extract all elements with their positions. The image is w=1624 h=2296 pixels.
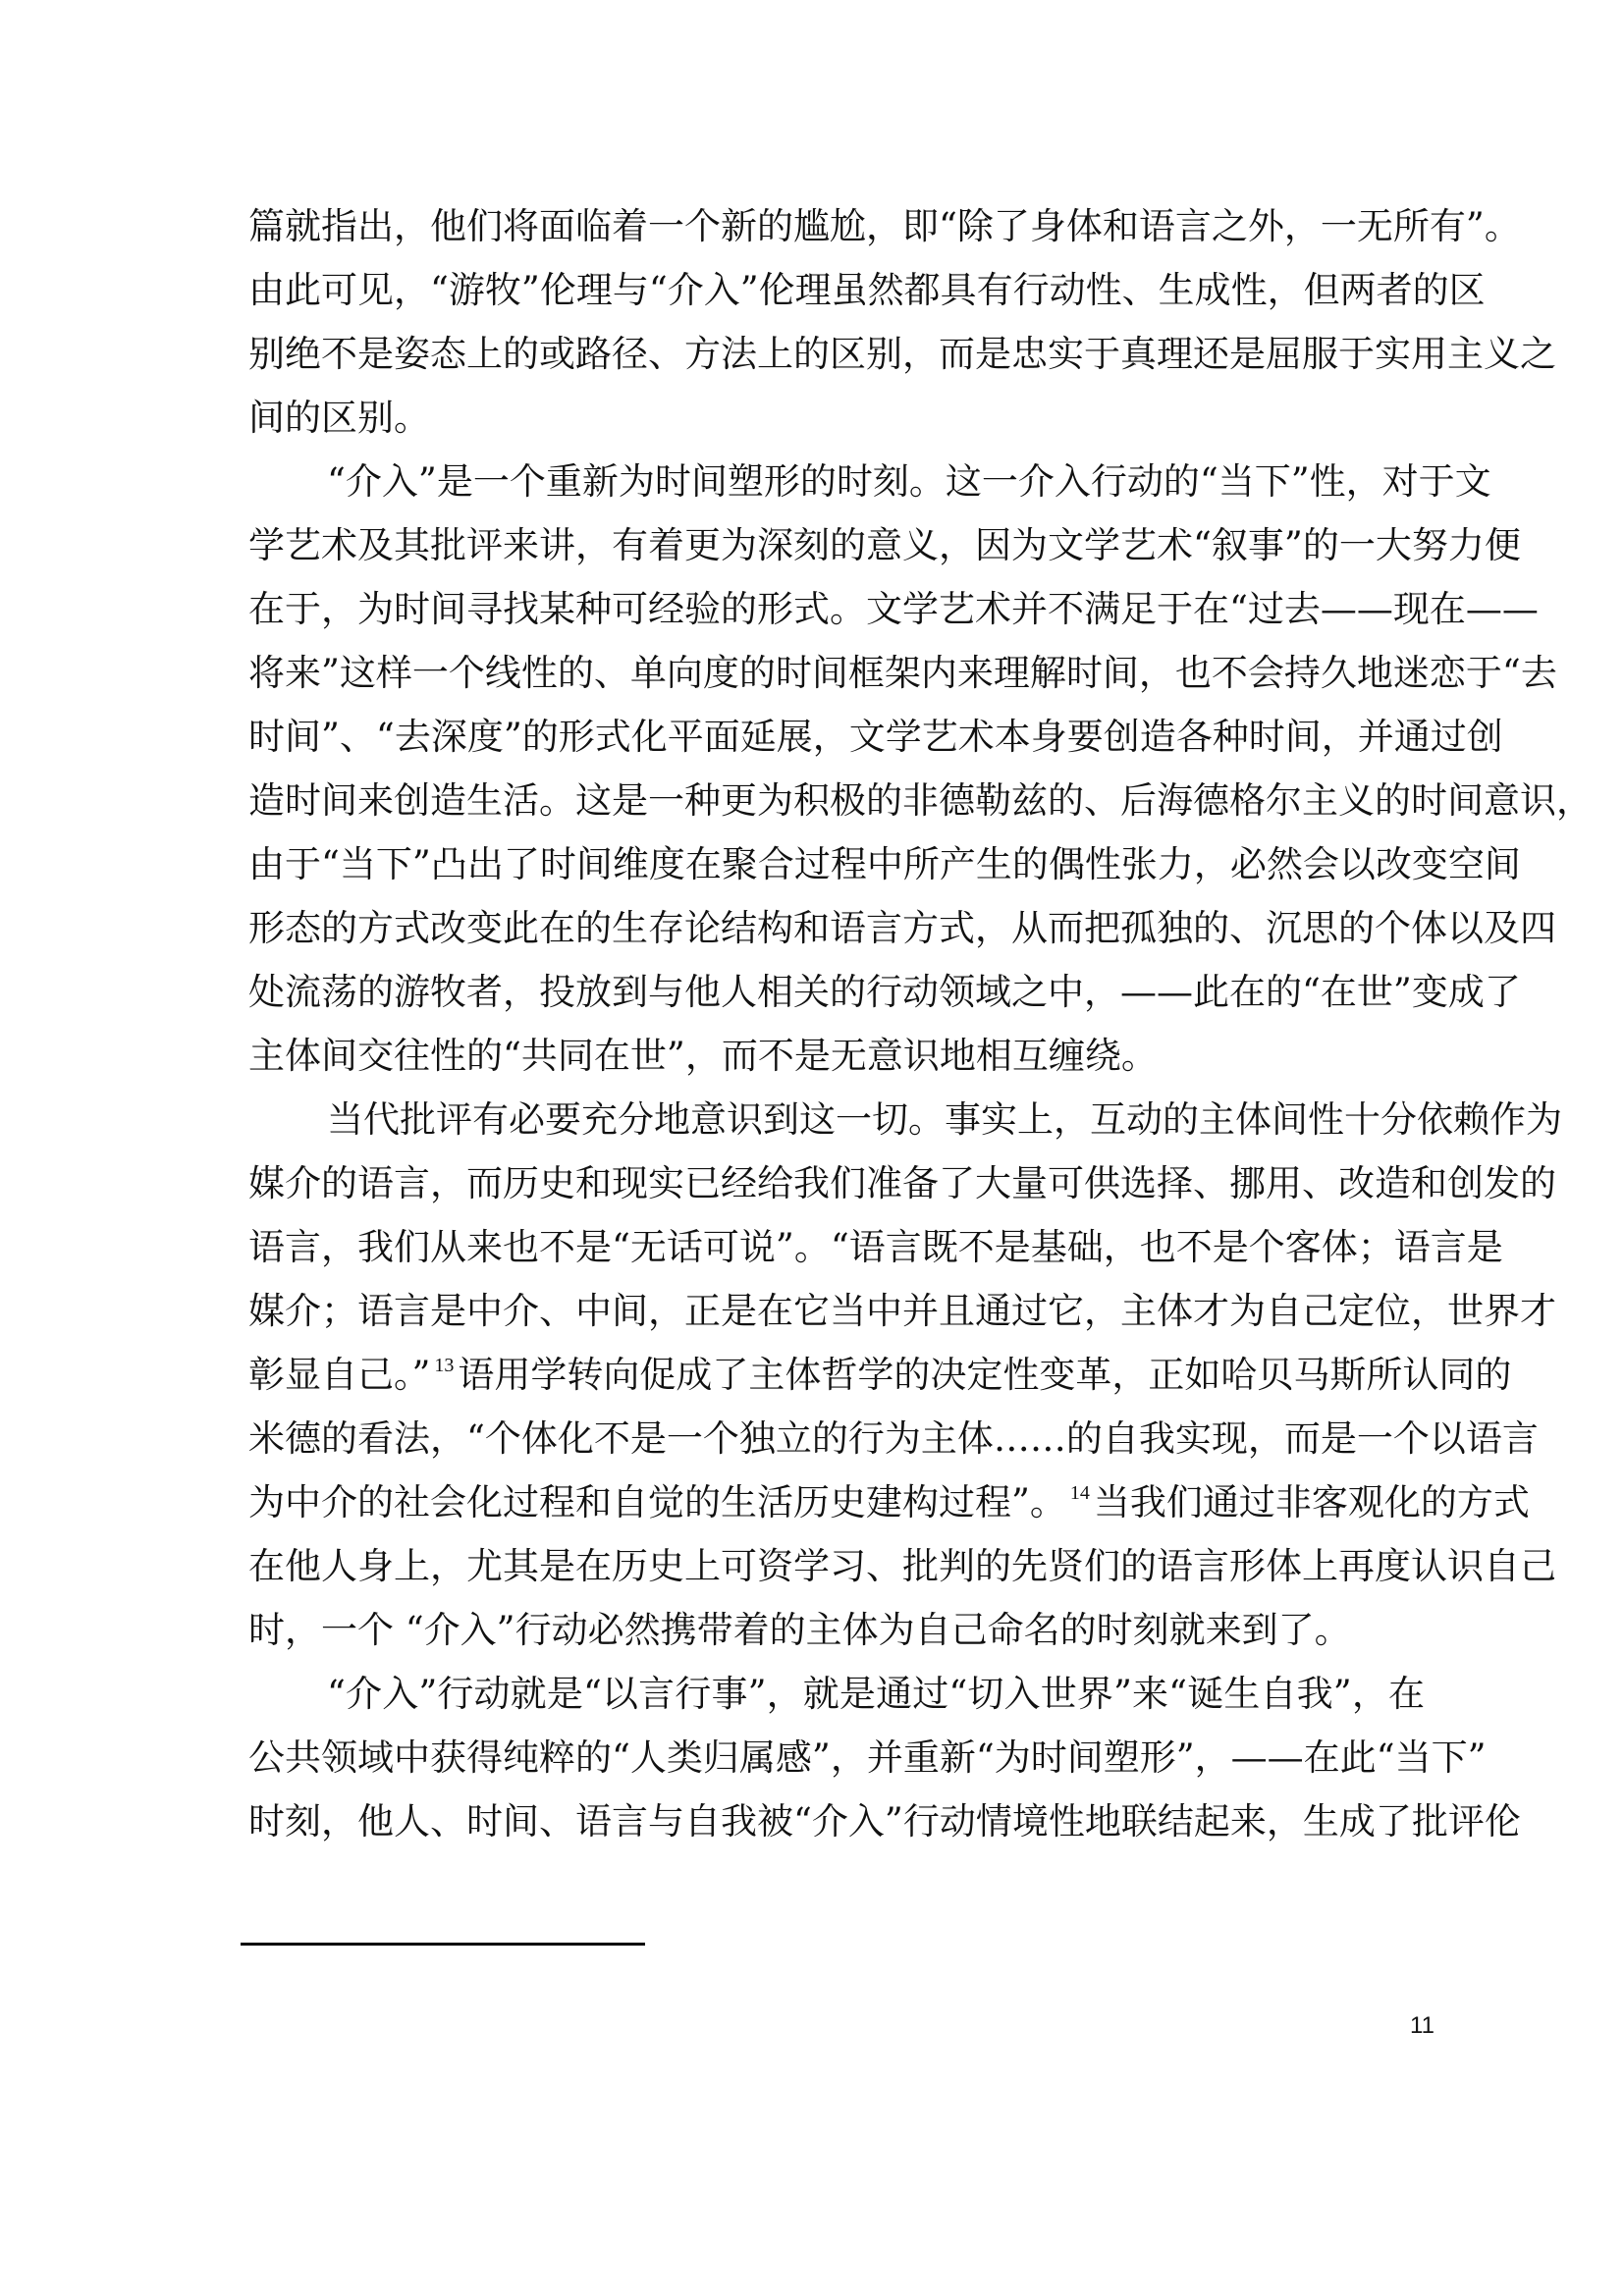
text-line: “介入”是一个重新为时间塑形的时刻。这一介入行动的“当下”性，对于文 <box>248 450 1425 513</box>
text-line: 形态的方式改变此在的生存论结构和语言方式，从而把孤独的、沉思的个体以及四 <box>248 896 1425 960</box>
text-line: 时刻，他人、时间、语言与自我被“介入”行动情境性地联结起来，生成了批评伦 <box>248 1789 1425 1853</box>
paragraph-intervention-time: “介入”是一个重新为时间塑形的时刻。这一介入行动的“当下”性，对于文 学艺术及其… <box>248 450 1425 1088</box>
text-line: 学艺术及其批评来讲，有着更为深刻的意义，因为文学艺术“叙事”的一大努力便 <box>248 513 1425 577</box>
text-line-with-footnote: 彰显自己。”13语用学转向促成了主体哲学的决定性变革，正如哈贝马斯所认同的 <box>248 1343 1425 1407</box>
text-line: 在于，为时间寻找某种可经验的形式。文学艺术并不满足于在“过去——现在—— <box>248 577 1425 641</box>
text-line: 公共领域中获得纯粹的“人类归属感”，并重新“为时间塑形”，——在此“当下” <box>248 1726 1425 1789</box>
text-line: 篇就指出，他们将面临着一个新的尴尬，即“除了身体和语言之外，一无所有”。 <box>248 194 1425 258</box>
body-text: 篇就指出，他们将面临着一个新的尴尬，即“除了身体和语言之外，一无所有”。 由此可… <box>248 194 1425 1853</box>
text-line: 别绝不是姿态上的或路径、方法上的区别，而是忠实于真理还是屈服于实用主义之 <box>248 322 1425 386</box>
text-segment: 当我们通过非客观化的方式 <box>1094 1481 1530 1523</box>
text-line: 当代批评有必要充分地意识到这一切。事实上，互动的主体间性十分依赖作为 <box>248 1088 1425 1151</box>
text-line: 时间”、“去深度”的形式化平面延展，文学艺术本身要创造各种时间，并通过创 <box>248 705 1425 769</box>
text-line: 间的区别。 <box>248 386 1425 450</box>
text-segment: 为中介的社会化过程和自觉的生活历史建构过程”。 <box>248 1481 1066 1523</box>
document-page: 篇就指出，他们将面临着一个新的尴尬，即“除了身体和语言之外，一无所有”。 由此可… <box>0 0 1624 2296</box>
text-segment: 语用学转向促成了主体哲学的决定性变革，正如哈贝马斯所认同的 <box>458 1354 1511 1396</box>
text-line: 时，一个 “介入”行动必然携带着的主体为自己命名的时刻就来到了。 <box>248 1598 1425 1662</box>
text-segment: 彰显自己。” <box>248 1354 430 1396</box>
text-line: 由于“当下”凸出了时间维度在聚合过程中所产生的偶性张力，必然会以改变空间 <box>248 832 1425 896</box>
text-line: 主体间交往性的“共同在世”，而不是无意识地相互缠绕。 <box>248 1024 1425 1088</box>
footnote-ref-13[interactable]: 13 <box>434 1355 454 1376</box>
paragraph-continuation: 篇就指出，他们将面临着一个新的尴尬，即“除了身体和语言之外，一无所有”。 由此可… <box>248 194 1425 450</box>
text-line: 在他人身上，尤其是在历史上可资学习、批判的先贤们的语言形体上再度认识自己 <box>248 1534 1425 1598</box>
text-line: “介入”行动就是“以言行事”，就是通过“切入世界”来“诞生自我”，在 <box>248 1662 1425 1726</box>
text-line: 造时间来创造生活。这是一种更为积极的非德勒兹的、后海德格尔主义的时间意识， <box>248 769 1425 832</box>
paragraph-speech-act: “介入”行动就是“以言行事”，就是通过“切入世界”来“诞生自我”，在 公共领域中… <box>248 1662 1425 1853</box>
paragraph-contemporary-criticism: 当代批评有必要充分地意识到这一切。事实上，互动的主体间性十分依赖作为 媒介的语言… <box>248 1088 1425 1662</box>
text-line-with-footnote: 为中介的社会化过程和自觉的生活历史建构过程”。14当我们通过非客观化的方式 <box>248 1470 1425 1534</box>
text-line: 米德的看法，“个体化不是一个独立的行为主体……的自我实现，而是一个以语言 <box>248 1407 1425 1470</box>
footnote-ref-14[interactable]: 14 <box>1070 1482 1090 1504</box>
text-line: 将来”这样一个线性的、单向度的时间框架内来理解时间，也不会持久地迷恋于“去 <box>248 641 1425 705</box>
text-line: 媒介的语言，而历史和现实已经给我们准备了大量可供选择、挪用、改造和创发的 <box>248 1151 1425 1215</box>
text-line: 语言，我们从来也不是“无话可说”。“语言既不是基础，也不是个客体；语言是 <box>248 1215 1425 1279</box>
text-line: 媒介；语言是中介、中间，正是在它当中并且通过它，主体才为自己定位，世界才 <box>248 1279 1425 1343</box>
page-number: 11 <box>1410 2012 1449 2040</box>
footnote-separator <box>241 1943 645 1946</box>
text-line: 处流荡的游牧者，投放到与他人相关的行动领域之中，——此在的“在世”变成了 <box>248 960 1425 1024</box>
text-line: 由此可见，“游牧”伦理与“介入”伦理虽然都具有行动性、生成性，但两者的区 <box>248 258 1425 322</box>
